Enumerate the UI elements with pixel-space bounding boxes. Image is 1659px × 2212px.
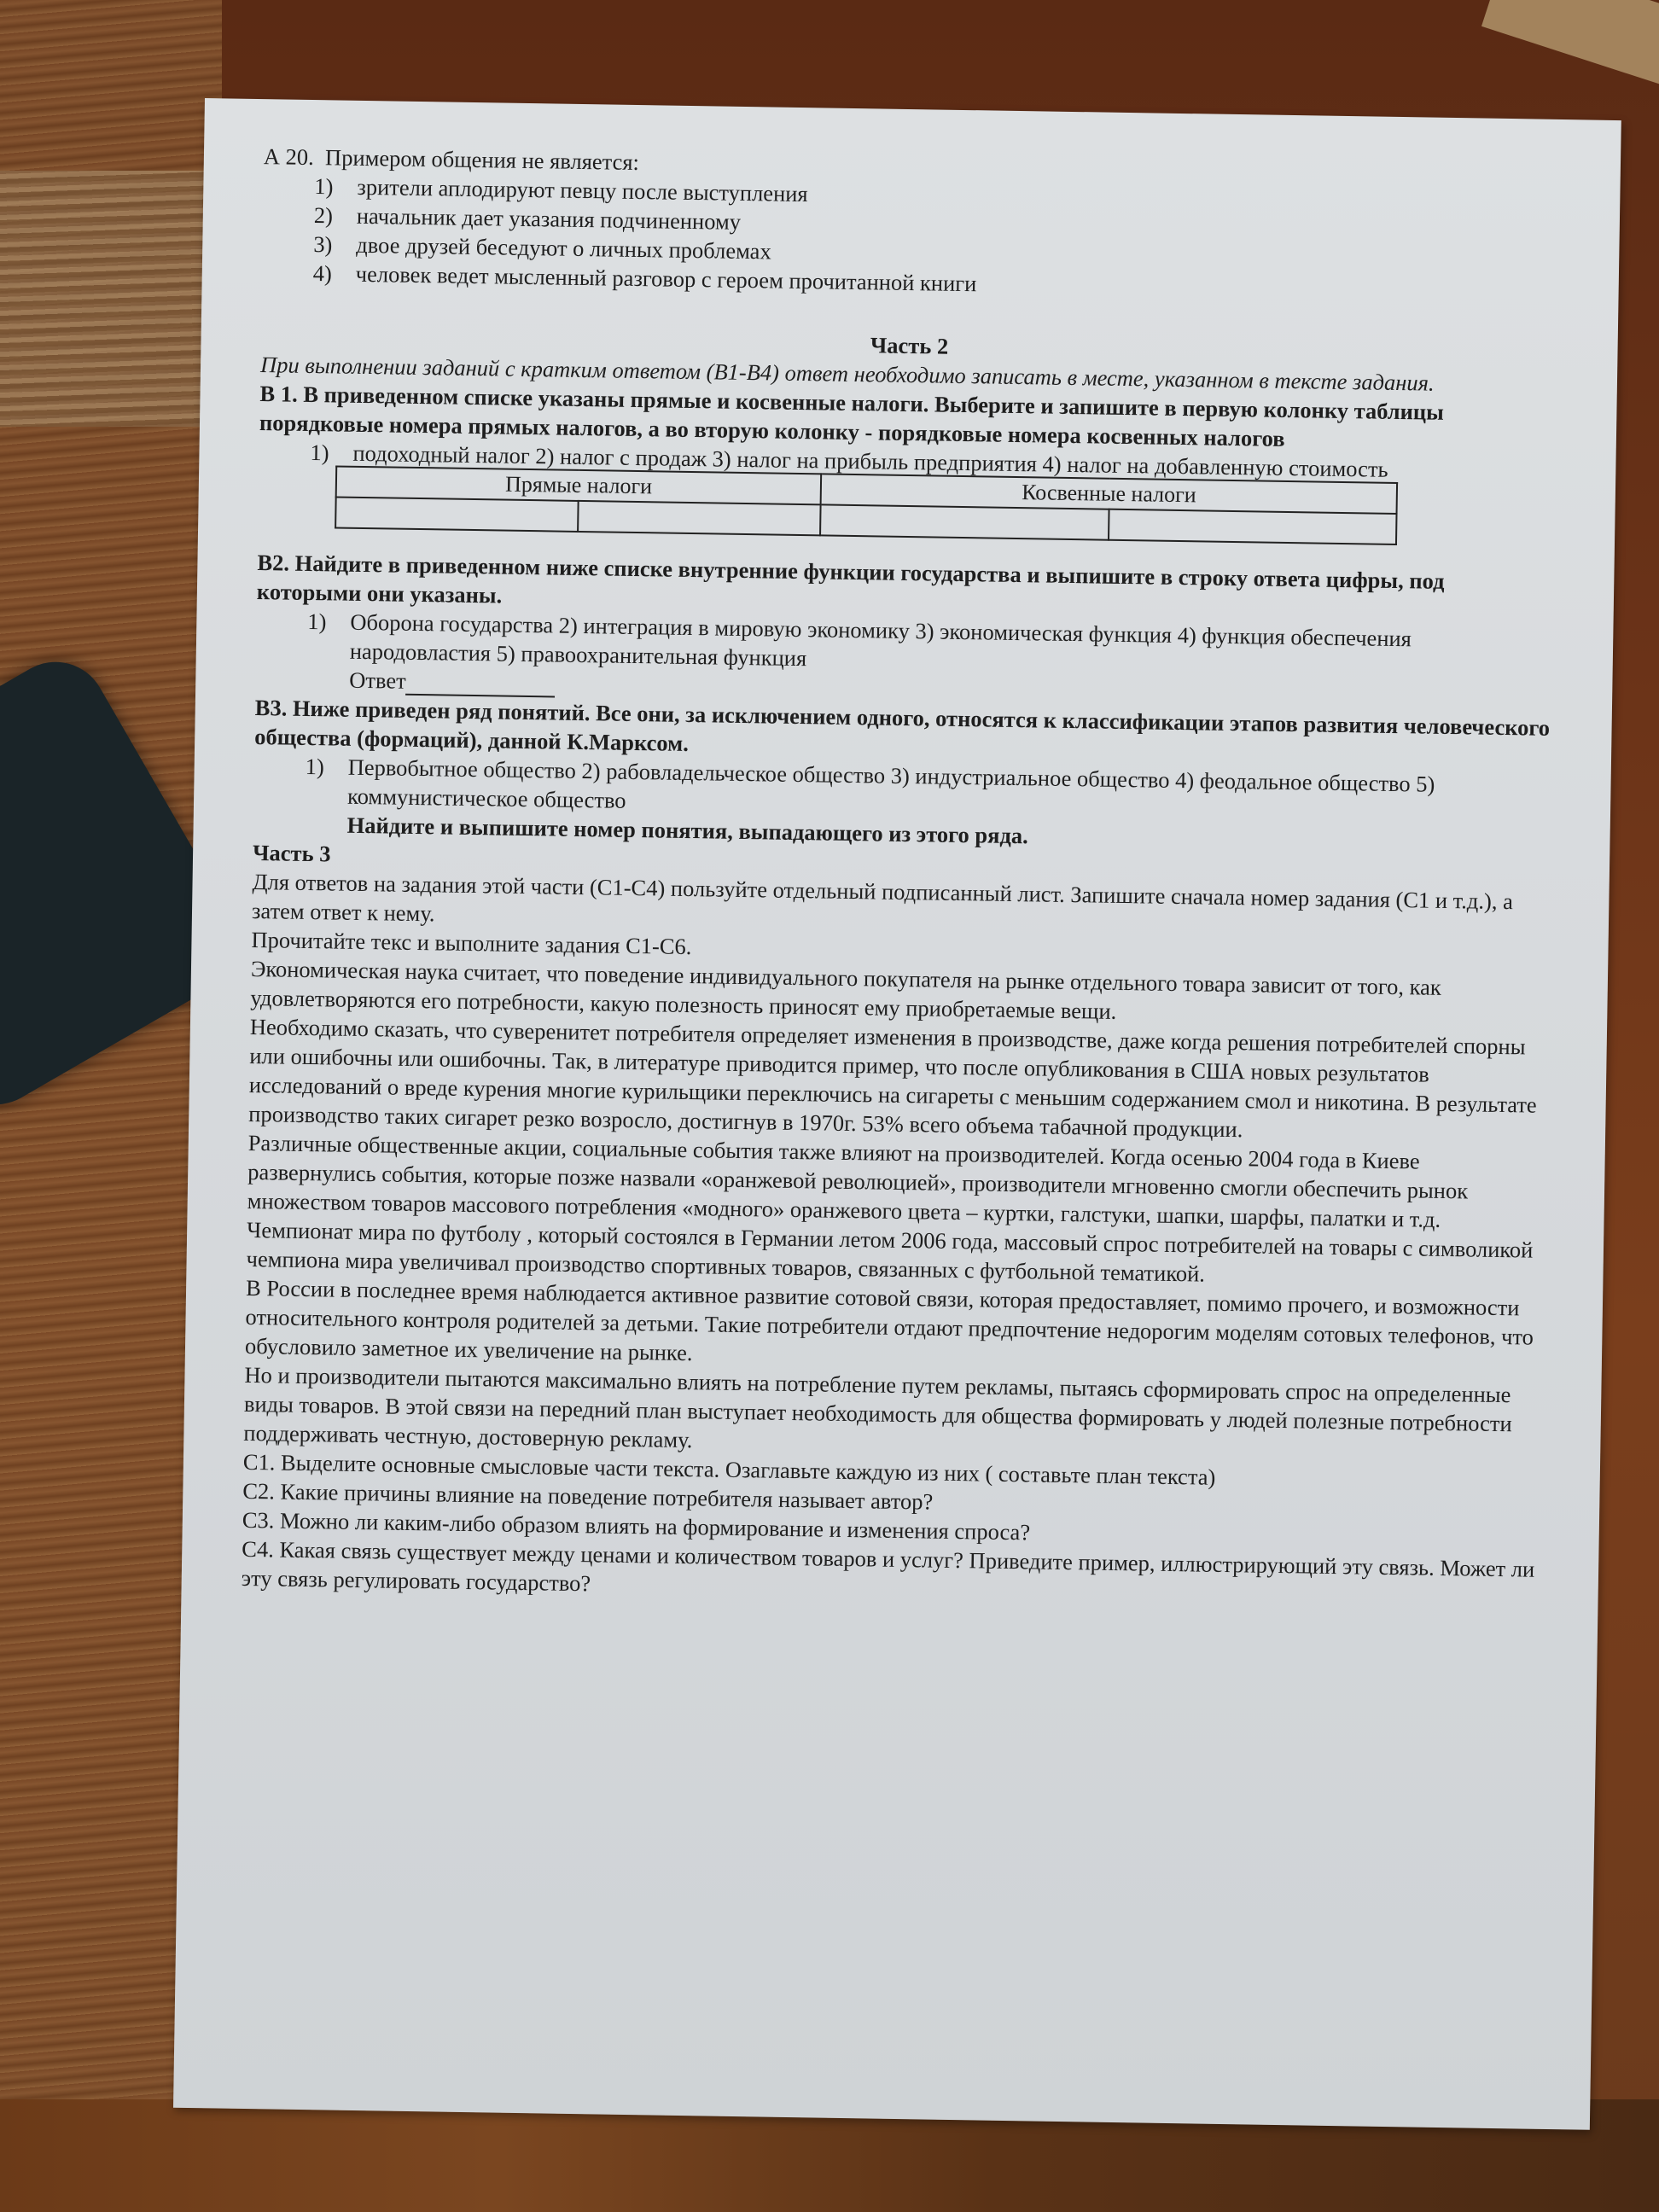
question-b2: В2. Найдите в приведенном ниже списке вн…: [255, 548, 1554, 713]
answer-label: Ответ: [349, 667, 406, 694]
item-number: 1): [305, 752, 348, 811]
a20-options: 1)зрители аплодируют певцу после выступл…: [313, 172, 1561, 307]
option-number: 1): [314, 172, 358, 201]
item-number: 1): [310, 438, 353, 468]
question-a20: А 20. Примером общения не является: 1)зр…: [262, 142, 1561, 307]
option-number: 3): [313, 230, 357, 259]
option-number: 4): [313, 259, 357, 288]
answer-cell-indirect-1[interactable]: [820, 504, 1109, 539]
answer-line[interactable]: [405, 672, 555, 698]
question-b1: В 1. В приведенном списке указаны прямые…: [258, 379, 1557, 548]
question-b3: В3. Ниже приведен ряд понятий. Все они, …: [253, 693, 1551, 859]
a20-question-text: Примером общения не является:: [325, 144, 639, 175]
a20-label: А 20.: [264, 143, 314, 170]
text-paragraph: Различные общественные акции, социальные…: [246, 1128, 1545, 1294]
part3: Часть 3 Для ответов на задания этой част…: [242, 838, 1551, 1613]
background-object: [1481, 0, 1659, 90]
exam-content: А 20. Примером общения не является: 1)зр…: [242, 142, 1562, 1613]
wood-grain: [0, 171, 222, 427]
item-number: 1): [307, 607, 351, 666]
answer-cell-direct-1[interactable]: [335, 497, 579, 531]
answer-cell-indirect-2[interactable]: [1109, 509, 1397, 544]
exam-sheet: А 20. Примером общения не является: 1)зр…: [173, 98, 1621, 2130]
option-number: 2): [314, 201, 358, 230]
text-paragraph: Необходимо сказать, что суверенитет потр…: [248, 1012, 1547, 1149]
answer-cell-direct-2[interactable]: [578, 501, 821, 535]
